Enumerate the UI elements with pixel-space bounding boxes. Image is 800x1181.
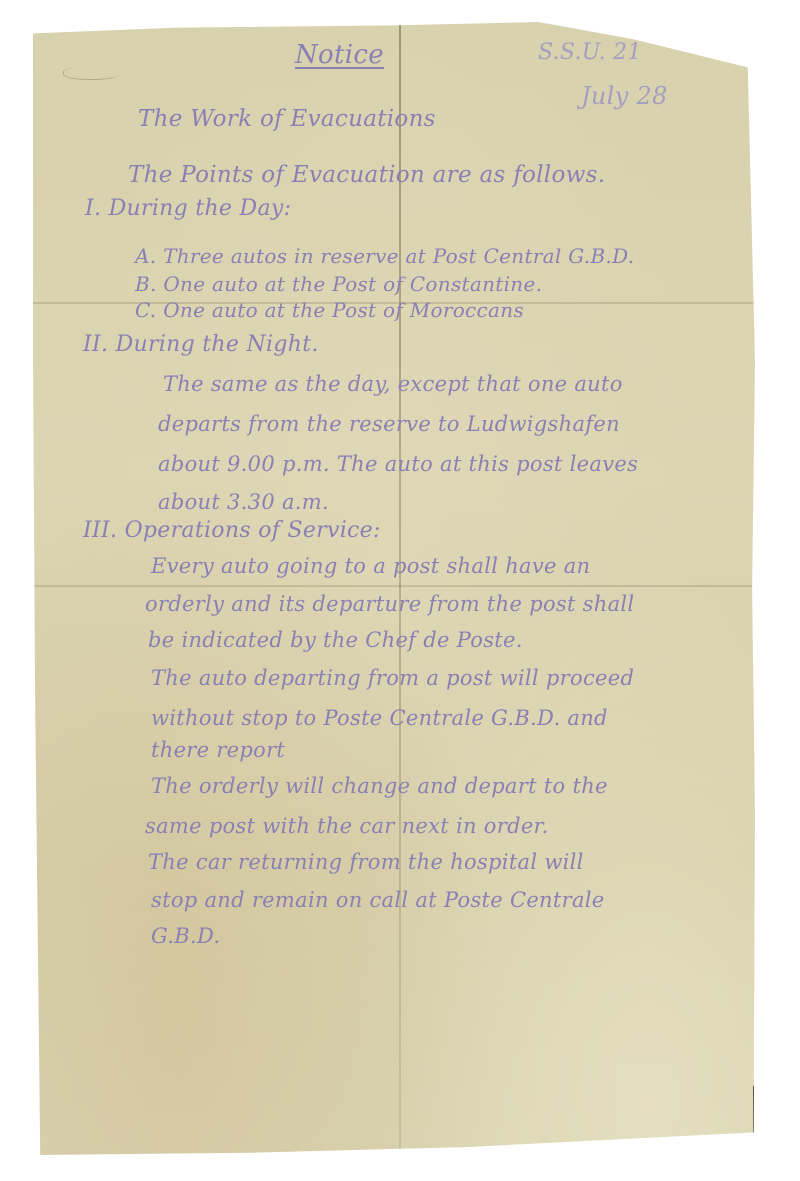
vertical-fold-crease <box>399 22 401 1155</box>
horizontal-fold-crease <box>33 585 755 587</box>
paper-corner-shadow <box>753 1085 763 1145</box>
section-3-line: G.B.D. <box>151 924 220 948</box>
section-3-line: be indicated by the Chef de Poste. <box>148 628 523 652</box>
section-2-line: about 3.30 a.m. <box>158 490 329 514</box>
item-label: A. <box>135 244 156 268</box>
document-intro: The Points of Evacuation are as follows. <box>128 162 605 188</box>
section-3-line: The orderly will change and depart to th… <box>151 774 608 798</box>
section-title: During the Night. <box>116 332 319 357</box>
section-3-line: orderly and its departure from the post … <box>145 592 634 616</box>
section-numeral: I. <box>85 196 101 221</box>
item-text: One auto at the Post of Constantine. <box>163 272 542 296</box>
section-2-line: about 9.00 p.m. The auto at this post le… <box>158 452 638 476</box>
section-3-line: The car returning from the hospital will <box>148 850 584 874</box>
section-2-line: departs from the reserve to Ludwigshafen <box>158 412 620 436</box>
section-3-line: stop and remain on call at Poste Central… <box>151 888 605 912</box>
item-label: B. <box>135 272 157 296</box>
section-1-item-c: C. One auto at the Post of Moroccans <box>135 298 524 322</box>
section-numeral: III. <box>83 518 117 543</box>
section-3-line: Every auto going to a post shall have an <box>151 554 590 578</box>
section-title: Operations of Service: <box>125 518 381 543</box>
section-title: During the Day: <box>109 196 292 221</box>
section-2-heading: II. During the Night. <box>83 332 319 357</box>
section-3-line: without stop to Poste Centrale G.B.D. an… <box>151 706 608 730</box>
item-text: One auto at the Post of Moroccans <box>163 298 524 322</box>
paper-scuff-mark <box>63 67 119 80</box>
section-3-line: there report <box>151 738 285 762</box>
section-1-item-a: A. Three autos in reserve at Post Centra… <box>135 244 634 268</box>
aged-paper-sheet: Notice S.S.U. 21 July 28 The Work of Eva… <box>33 22 755 1155</box>
document-subject: The Work of Evacuations <box>138 106 436 132</box>
document-title: Notice <box>295 40 384 70</box>
section-3-heading: III. Operations of Service: <box>83 518 381 543</box>
section-numeral: II. <box>83 332 108 357</box>
item-label: C. <box>135 298 157 322</box>
section-3-line: same post with the car next in order. <box>145 814 549 838</box>
section-1-heading: I. During the Day: <box>85 196 291 221</box>
item-text: Three autos in reserve at Post Central G… <box>163 244 634 268</box>
section-3-line: The auto departing from a post will proc… <box>151 666 634 690</box>
unit-designation: S.S.U. 21 <box>538 40 642 65</box>
section-2-line: The same as the day, except that one aut… <box>163 372 623 396</box>
document-date: July 28 <box>581 82 668 110</box>
section-1-item-b: B. One auto at the Post of Constantine. <box>135 272 542 296</box>
